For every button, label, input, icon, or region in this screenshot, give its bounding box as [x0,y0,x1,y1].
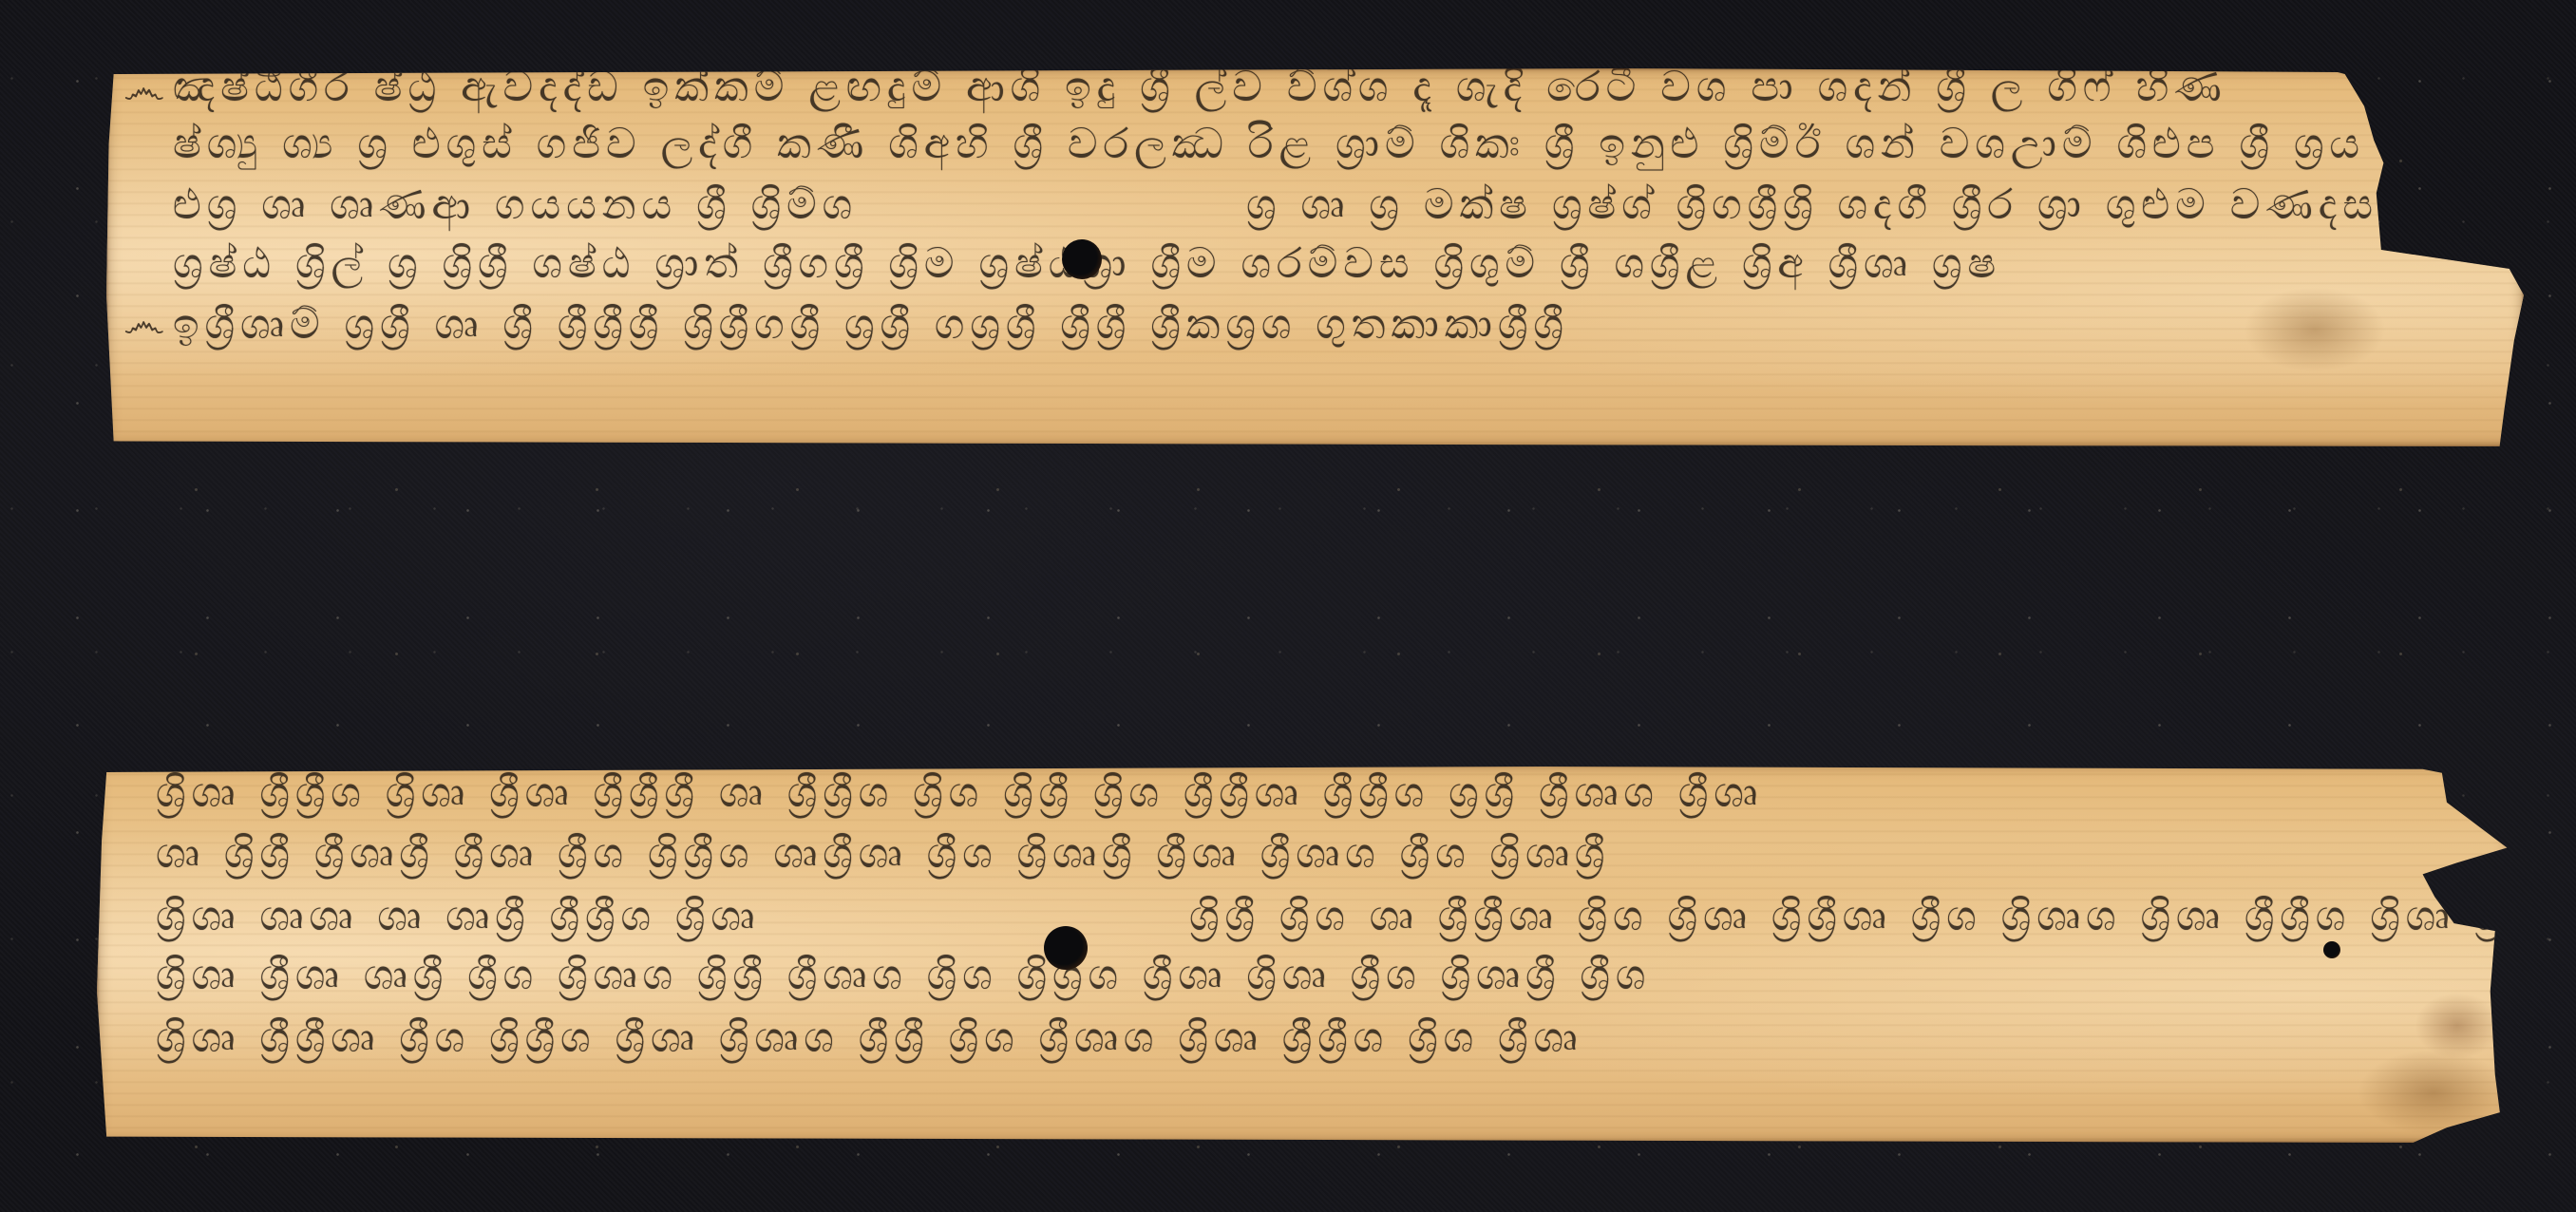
script-line: ශ්‍රිශ්‍රු ශ්‍රීශ්‍රීශ්‍රු ශ්‍රීශ ශ්‍රිශ… [156,1013,1582,1062]
script-line: ඤෂ්ඨිගීර ෂ්ඨ්‍ර ඇවදද්ඩ ඉක්කම් ළඟදුම් ආශි… [173,68,2227,111]
script-line: ළුශ්‍ර ශ්‍රු ශ්‍රුණආ ගයයනය ශ්‍රී ශ්‍රිම්… [173,180,858,229]
script-line: ශ්‍රිශ්‍රු ශ්‍රීශ්‍රීශ ශ්‍රිශ්‍රු ශ්‍රීශ… [156,768,1763,817]
string-hole [1062,239,1102,279]
script-line: ශ්‍රිශ්‍රී ශ්‍රිශ ශ්‍රු ශ්‍රීශ්‍රීශ්‍රු … [1189,892,2510,940]
manuscript-text-block: ශ්‍රිශ්‍රු ශ්‍රීශ්‍රීශ ශ්‍රිශ්‍රු ශ්‍රීශ… [97,765,2510,1143]
script-line: ශ්‍රිශ්‍රු ශ්‍රීශ්‍රු ශ්‍රුශ්‍රී ශ්‍රීශ … [156,951,1651,999]
palm-leaf-manuscript-bottom: ශ්‍රිශ්‍රු ශ්‍රීශ්‍රීශ ශ්‍රිශ්‍රු ශ්‍රීශ… [97,765,2510,1143]
script-line: ඉශ්‍රීශ්‍රුම් ශ්‍රශ්‍රී ශ්‍රු ශ්‍රී ශ්‍ර… [173,300,1569,349]
palm-leaf-manuscript-top: ෴ ඤෂ්ඨිගීර ෂ්ඨ්‍ර ඇවදද්ඩ ඉක්කම් ළඟදුම් ආ… [106,68,2524,446]
small-hole [2323,941,2340,958]
script-line: ශ්‍රු ශ්‍රිශ්‍රී ශ්‍රීශ්‍රුශ්‍රී ශ්‍රීශ්… [156,829,1610,878]
script-line: ශ්‍ර ශ්‍රු ශ්‍ර මක්ෂ ශ්‍රෂ්ශ් ශ්‍රිගශ්‍ර… [1246,180,2524,229]
script-line: ෂ්ශ්‍යු ශ්‍ය ශ්‍ර ළුශුස් ගජිව ලද්ගී කණී … [173,120,2365,168]
string-hole [1044,926,1088,970]
manuscript-text-block: ෴ ඤෂ්ඨිගීර ෂ්ඨ්‍ර ඇවදද්ඩ ඉක්කම් ළඟදුම් ආ… [106,68,2524,446]
margin-mark: ෴ [123,296,165,350]
margin-mark: ෴ [123,68,165,116]
script-line: ශ්‍රිශ්‍රු ශ්‍රුශ්‍රු ශ්‍රු ශ්‍රුශ්‍රී ශ… [156,892,760,940]
